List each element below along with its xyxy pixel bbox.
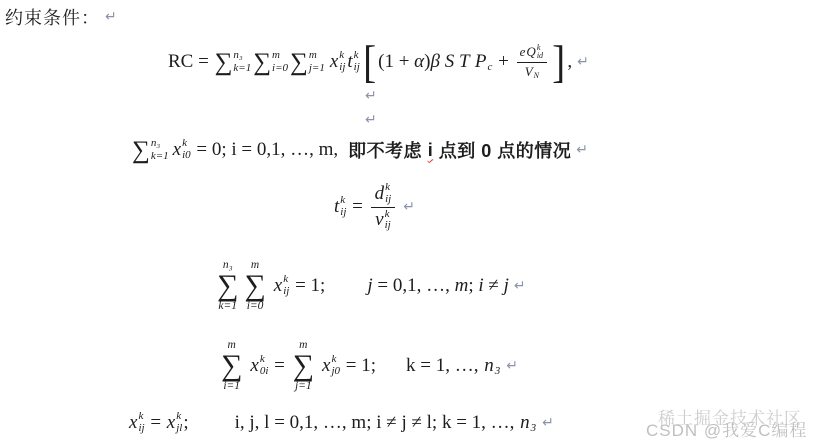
math-variable: m	[455, 275, 469, 297]
lower-limit: k=1	[233, 62, 251, 75]
math-variable: α	[414, 51, 424, 73]
sigma-icon: ∑	[253, 50, 271, 75]
upper-limit: m	[309, 49, 325, 62]
sum-limits: n₃k=1	[151, 137, 169, 162]
summation-inline: ∑mj=1	[290, 49, 325, 74]
math-text: = 1;	[341, 355, 376, 377]
numerator: dkij	[371, 182, 396, 207]
scripted-variable: tkij	[334, 195, 346, 218]
formula-depot-flow: m∑i=1xk0i = m∑j=1xkj0 = 1;k = 1, …, n 3↵	[218, 334, 518, 398]
scripts: 3	[531, 411, 537, 434]
math-text: (1 +	[378, 51, 414, 73]
sigma-icon: ∑	[290, 50, 308, 75]
scripts: kij	[385, 182, 391, 205]
base-variable: V	[525, 65, 533, 79]
sum-limits: mj=1	[309, 49, 325, 74]
subscript: 0i	[260, 366, 269, 378]
base-variable: t	[347, 51, 352, 73]
math-text: = 0; i = 0,1, …, m,	[192, 139, 339, 161]
formula-rc-objective: RC = ∑n₃k=1∑mi=0∑mj=1xkijtkij[(1 + α)β S…	[168, 36, 589, 88]
lower-limit: i=0	[272, 62, 288, 75]
base-variable: x	[274, 275, 282, 297]
sum-limits: n₃k=1	[233, 49, 251, 74]
watermark-line2: CSDN @我爱C编程	[646, 416, 807, 441]
scripts: 3	[495, 354, 501, 377]
formula-assignment: n₃∑k=1m∑i=0xkij = 1;j = 0,1, …, m; i ≠ j…	[214, 254, 526, 318]
sigma-icon: ∑	[215, 50, 233, 75]
summation-inline: ∑n₃k=1	[132, 137, 169, 162]
constraints-heading-text: 约束条件：	[5, 4, 100, 30]
scripted-variable: xkij	[129, 411, 145, 434]
scripts: kjl	[176, 411, 182, 434]
fraction: eQkidV N	[517, 44, 547, 81]
math-text: = 1;	[290, 275, 325, 297]
base-variable: P	[475, 51, 487, 73]
math-text: =	[269, 355, 289, 377]
scripts: kij	[138, 411, 144, 434]
lower-limit: k=1	[218, 300, 237, 313]
pilcrow-icon: ↵	[365, 88, 377, 104]
math-text: i, j, l = 0,1, …, m; i ≠ j ≠ l; k = 1, ……	[235, 412, 520, 434]
scripts: kid	[537, 44, 543, 61]
scripted-variable: n 3	[484, 354, 500, 377]
scripts: N	[534, 64, 539, 81]
scripted-variable: xki0	[173, 138, 191, 161]
document-page: 约束条件： ↵ RC = ∑n₃k=1∑mi=0∑mj=1xkijtkij[(1…	[0, 0, 834, 448]
summation-display: m∑i=1	[221, 339, 242, 394]
upper-limit: m	[272, 49, 288, 62]
bracket: ]	[552, 42, 565, 81]
bracket: [	[363, 42, 376, 81]
scripts: kij	[283, 274, 289, 297]
pilcrow-icon: ↵	[577, 54, 589, 70]
base-variable: t	[334, 196, 339, 218]
formula-travel-time: tkij = dkijvkij↵	[333, 180, 415, 234]
subscript: c	[488, 62, 493, 74]
scripts: kij	[385, 209, 391, 232]
denominator: V N	[524, 63, 540, 81]
scripted-variable: vkij	[375, 209, 391, 232]
lower-limit: j=1	[295, 380, 312, 393]
scripted-variable: xk0i	[250, 354, 268, 377]
lower-limit: i=1	[223, 380, 240, 393]
sigma-icon: ∑	[221, 352, 242, 381]
scripted-variable: P c	[475, 50, 493, 73]
subscript: j0	[331, 366, 340, 378]
base-variable: n	[484, 355, 494, 377]
math-text: RC =	[168, 51, 214, 73]
math-text: =	[347, 196, 367, 218]
formula-continuity: xkij = xkjl;i, j, l = 0,1, …, m; i ≠ j ≠…	[128, 404, 554, 442]
scripts: kj0	[331, 354, 340, 377]
math-text: +	[493, 51, 513, 73]
base-variable: d	[375, 184, 385, 205]
subscript: 3	[531, 423, 537, 435]
math-text: ;	[183, 412, 188, 434]
math-text: ,	[567, 51, 572, 73]
upper-limit: n₃	[233, 49, 251, 62]
lower-limit: j=1	[309, 62, 325, 75]
math-text: k = 1, …,	[406, 355, 483, 377]
subscript: ij	[283, 286, 289, 298]
pilcrow-icon: ↵	[105, 9, 118, 25]
scripts: kij	[340, 195, 346, 218]
subscript: 3	[495, 366, 501, 378]
base-variable: n	[520, 412, 530, 434]
formula-no-return-to-zero: ∑n₃k=1xki0 = 0; i = 0,1, …, m,即不考虑 i 点到 …	[131, 130, 588, 170]
sum-limits: mi=0	[272, 49, 288, 74]
pilcrow-icon: ↵	[514, 278, 526, 294]
summation-display: m∑i=0	[244, 259, 265, 314]
scripts: kij	[354, 50, 360, 73]
subscript: ij	[340, 207, 346, 219]
sigma-icon: ∑	[132, 138, 150, 163]
pilcrow-icon: ↵	[576, 142, 588, 158]
scripted-variable: V N	[525, 64, 539, 81]
constraints-heading: 约束条件： ↵	[5, 4, 118, 30]
subscript: ij	[138, 423, 144, 435]
scripted-variable: dkij	[375, 182, 392, 205]
subscript: id	[537, 52, 543, 60]
base-variable: Q	[526, 45, 535, 59]
summation-display: n₃∑k=1	[217, 259, 238, 314]
math-variable: β S T	[430, 51, 473, 73]
subscript: N	[534, 72, 539, 80]
subscript: ij	[339, 62, 345, 74]
summation-display: m∑j=1	[293, 339, 314, 394]
sigma-icon: ∑	[217, 272, 238, 301]
summation-inline: ∑n₃k=1	[215, 49, 252, 74]
scripted-variable: xkij	[330, 50, 346, 73]
base-variable: v	[375, 210, 383, 231]
lower-limit: i=0	[247, 300, 264, 313]
math-text: ;	[468, 275, 478, 297]
base-variable: x	[322, 355, 330, 377]
math-text: = 0,1, …,	[373, 275, 455, 297]
subscript: jl	[176, 423, 182, 435]
math-text: =	[146, 412, 166, 434]
scripted-variable: tkij	[347, 50, 359, 73]
subscript: ij	[354, 62, 360, 74]
math-variable: j	[504, 275, 509, 297]
denominator: vkij	[374, 208, 392, 232]
base-variable: x	[330, 51, 338, 73]
math-text: ≠	[484, 275, 504, 297]
scripted-variable: xkij	[274, 274, 290, 297]
scripts: ki0	[182, 138, 191, 161]
pilcrow-icon: ↵	[403, 199, 415, 215]
scripts: c	[488, 50, 493, 73]
scripts: kij	[339, 50, 345, 73]
fraction: dkijvkij	[371, 182, 396, 231]
subscript: ij	[385, 194, 391, 206]
upper-limit: n₃	[151, 137, 169, 150]
scripted-variable: xkj0	[322, 354, 340, 377]
cjk-bold-text: 点到 0 点的情况	[433, 137, 571, 163]
subscript: i0	[182, 150, 191, 162]
lower-limit: k=1	[151, 150, 169, 163]
scripted-variable: Qkid	[526, 44, 543, 61]
sigma-icon: ∑	[244, 272, 265, 301]
base-variable: x	[129, 412, 137, 434]
base-variable: x	[167, 412, 175, 434]
pilcrow-icon: ↵	[506, 358, 518, 374]
scripted-variable: xkjl	[167, 411, 183, 434]
base-variable: x	[173, 139, 181, 161]
sigma-icon: ∑	[293, 352, 314, 381]
cjk-bold-text: 即不考虑	[348, 137, 428, 163]
pilcrow-icon: ↵	[542, 415, 554, 431]
base-variable: x	[250, 355, 258, 377]
subscript: ij	[385, 220, 391, 232]
scripts: k0i	[260, 354, 269, 377]
summation-inline: ∑mi=0	[253, 49, 288, 74]
pilcrow-icon: ↵	[365, 112, 377, 128]
numerator: eQkid	[517, 44, 547, 63]
scripted-variable: n 3	[520, 411, 536, 434]
math-variable: e	[520, 45, 526, 59]
